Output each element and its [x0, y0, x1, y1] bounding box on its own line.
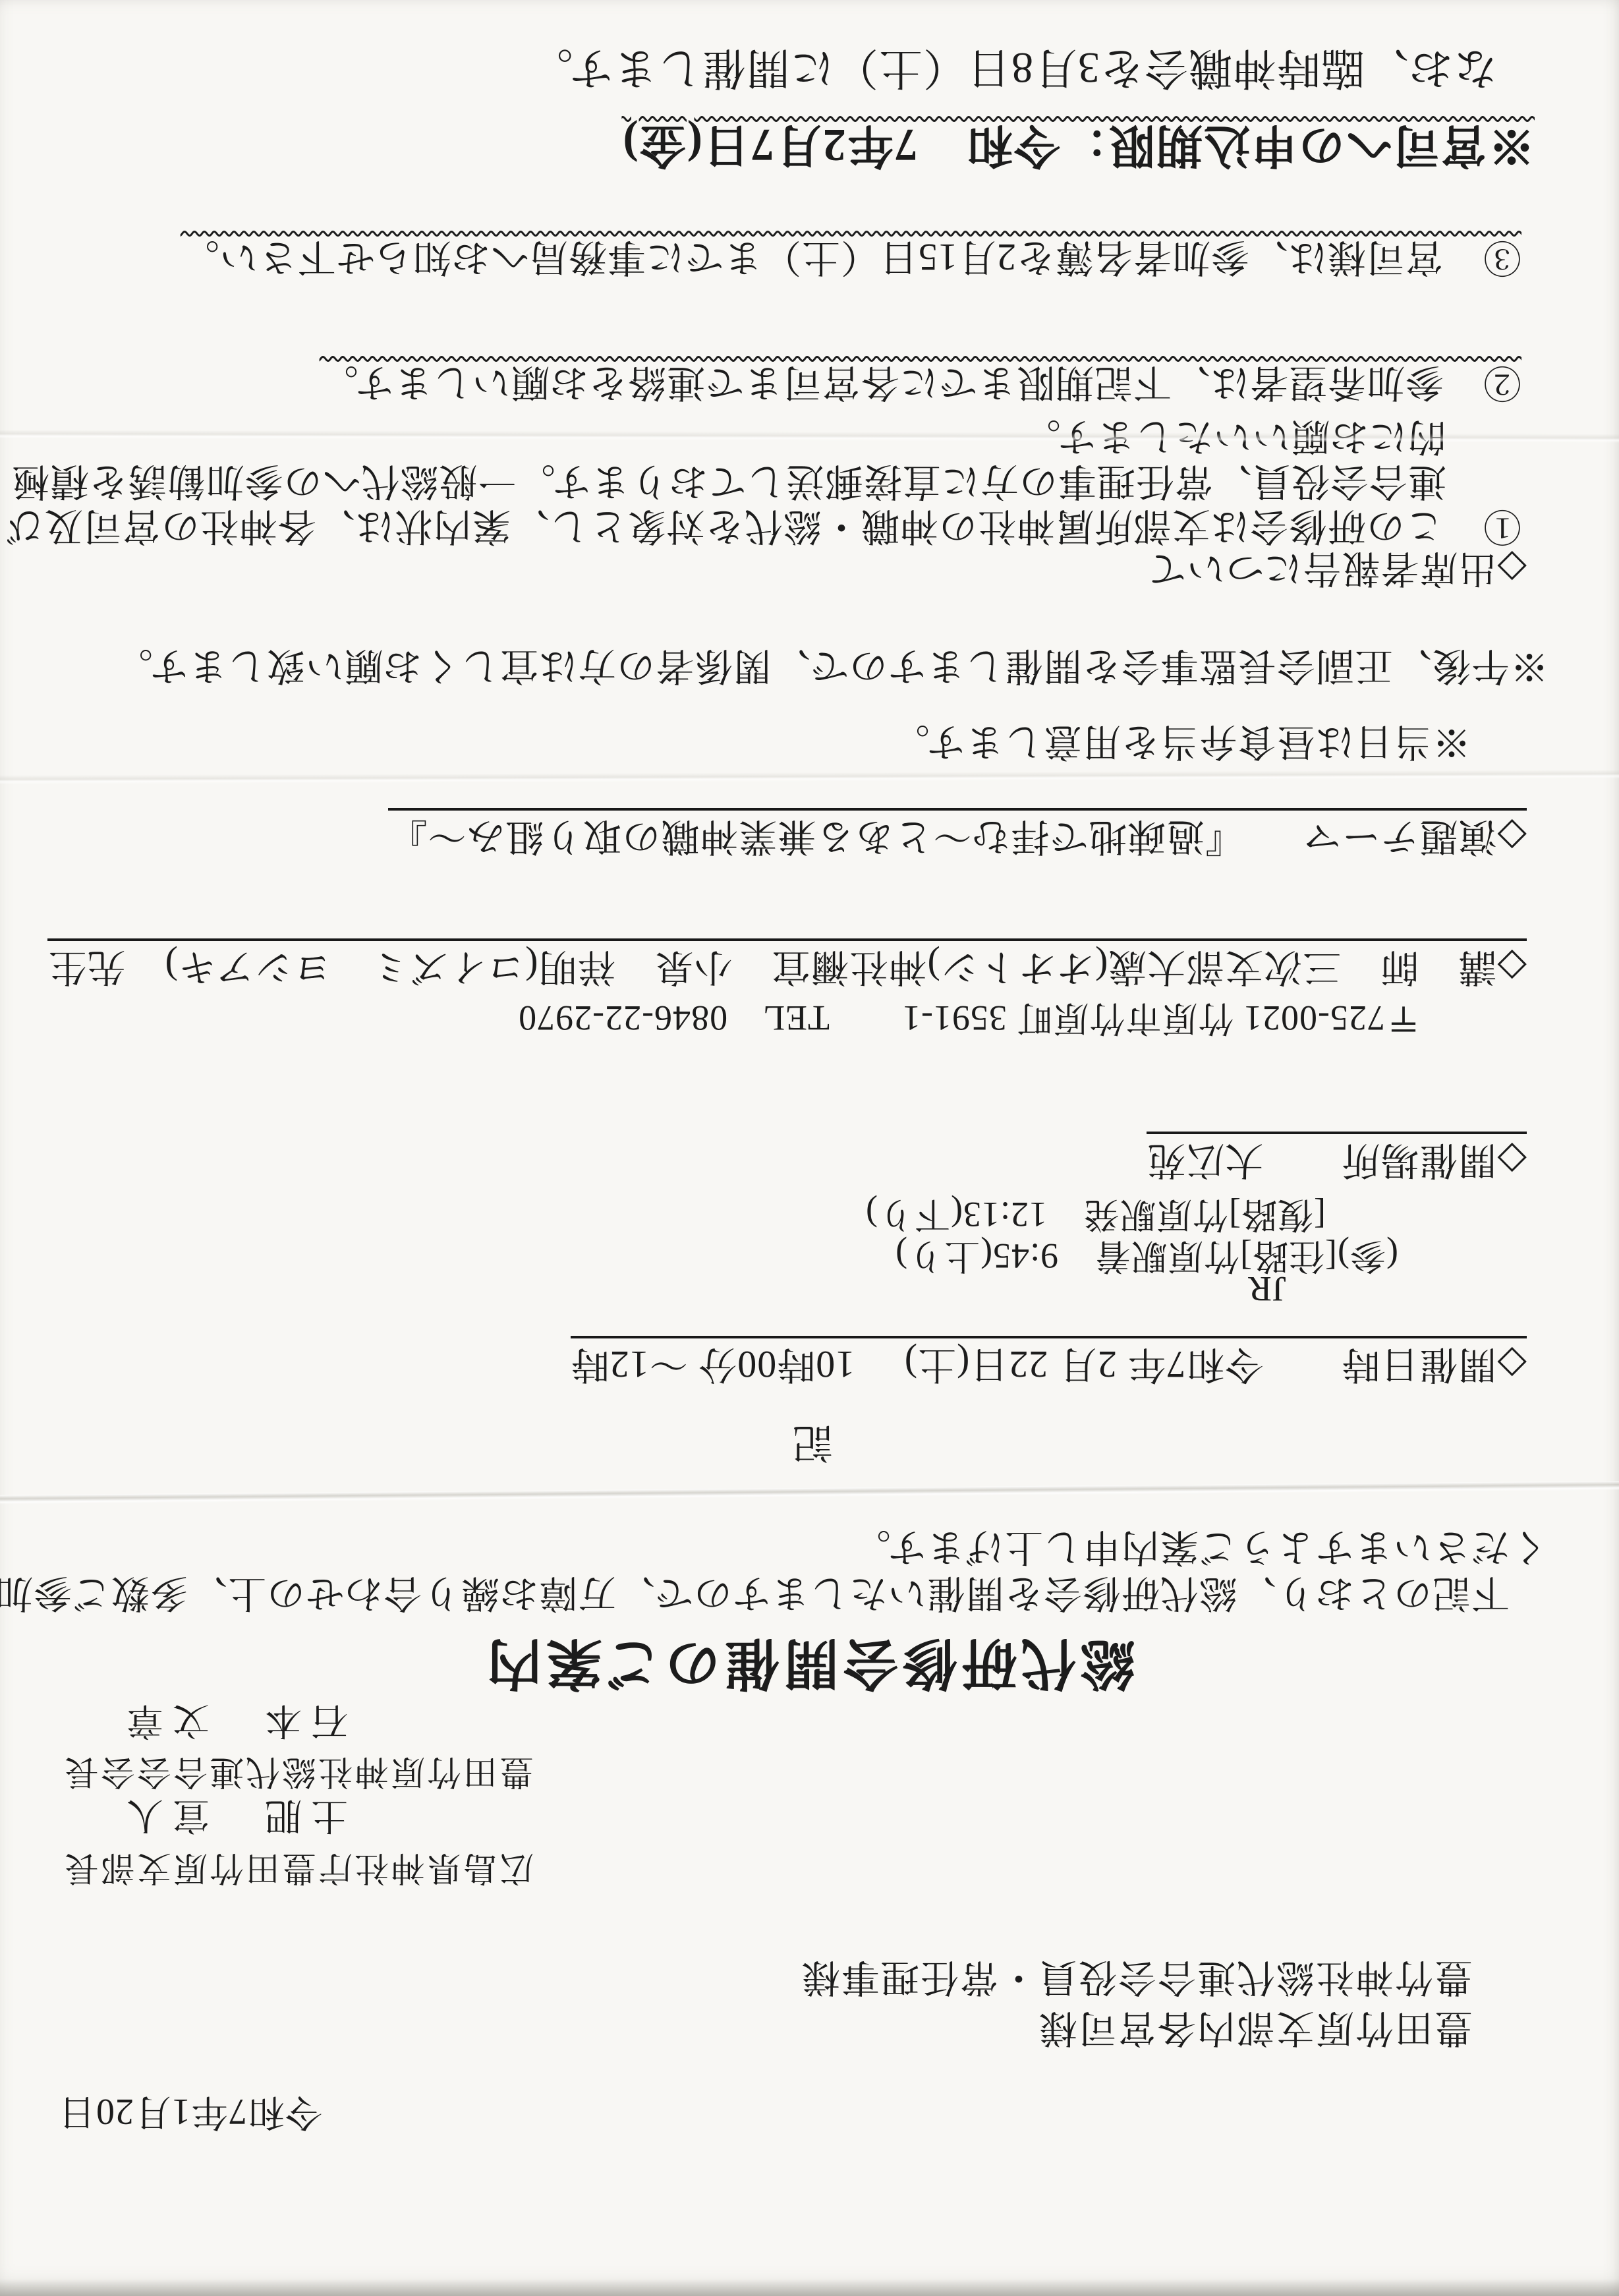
intro-line-2: くださいますようご案内申し上げます。 — [852, 1526, 1548, 1568]
meeting-datetime-text: ◇開催日時 令和7年 2月 22日(土) 10時00分 〜12時 — [571, 1336, 1527, 1386]
attendance-item-3: ③ 宮司様は、参加者名簿を2月15日（土）までに事務局へお知らせ下さい。 — [181, 236, 1521, 278]
attendance-item-2-text: ② 参加希望者は、下記期限までに各宮司まで連絡をお願いします。 — [320, 361, 1521, 404]
afternoon-note-line: ※午後、正副会長監事会を開催しますので、関係者の方は宜しくお願い致します。 — [114, 645, 1548, 687]
application-deadline-line: ※宮司への申込期限：令和 7年2月7日(金) — [621, 119, 1535, 170]
record-heading: 記 — [0, 1420, 1619, 1464]
lecturer-text: ◇講 師 三次支部大歳(オオトシ)神社禰宜 小泉 祥明(コイズミ ヨシアキ) 先… — [48, 938, 1527, 989]
sender-name-1: 土肥 宣人 — [117, 1794, 348, 1835]
issued-date: 令和7年1月20日 — [58, 2090, 322, 2131]
postscript-line: なお、臨時神職会を3月8日（土）に開催します。 — [528, 43, 1497, 91]
train-outbound-line: (参)[往路]竹原駅着 9:45(上り) — [895, 1236, 1398, 1275]
application-deadline-text: ※宮司への申込期限：令和 7年2月7日(金) — [621, 119, 1535, 170]
page-title: 総代研修会開催のご案内 — [0, 1632, 1619, 1692]
scanned-letter-page: 令和7年1月20日 豊田竹原支部内各宮司様 豊竹神社総代連合会役員・常任理事様 … — [0, 0, 1619, 2296]
recipient-line-1: 豊田竹原支部内各宮司様 — [1038, 2007, 1473, 2049]
letter-content: 令和7年1月20日 豊田竹原支部内各宮司様 豊竹神社総代連合会役員・常任理事様 … — [0, 0, 1619, 2296]
meeting-datetime-line: ◇開催日時 令和7年 2月 22日(土) 10時00分 〜12時 — [571, 1343, 1527, 1385]
attendance-report-heading: ◇出席者報告について — [1148, 547, 1527, 589]
theme-line: ◇演題テーマ 『過疎地で拝む〜とある兼業神職の取り組み〜』 — [388, 815, 1527, 857]
train-return-line: [復路]竹原駅発 12:13(下り) — [865, 1195, 1326, 1234]
lunch-note-line: ※当日は昼食弁当を用意します。 — [891, 720, 1471, 762]
attendance-item-1-line-2: 連合会役員、常任理事の方に直接郵送しております。一般総代への参加勧誘を積極 — [11, 460, 1446, 502]
sender-role-1: 広島県神社庁豊田竹原支部長 — [63, 1849, 534, 1886]
theme-text: ◇演題テーマ 『過疎地で拝む〜とある兼業神職の取り組み〜』 — [388, 808, 1527, 858]
recipient-line-2: 豊竹神社総代連合会役員・常任理事様 — [801, 1956, 1473, 1998]
venue-line: ◇開催場所 大広苑 — [1147, 1139, 1527, 1181]
attendance-item-3-text: ③ 宮司様は、参加者名簿を2月15日（土）までに事務局へお知らせ下さい。 — [181, 236, 1521, 279]
lecturer-line: ◇講 師 三次支部大歳(オオトシ)神社禰宜 小泉 祥明(コイズミ ヨシアキ) 先… — [48, 946, 1527, 988]
sender-name-2: 石本 文章 — [117, 1699, 348, 1740]
attendance-item-1-line-3: 的にお願いいたします。 — [1022, 415, 1446, 457]
sender-role-2: 豊田竹原神社総代連合会会長 — [63, 1752, 534, 1790]
venue-address-line: 〒725-0021 竹原市竹原町 3591-1 TEL 0846-22-2970 — [518, 998, 1421, 1037]
venue-text: ◇開催場所 大広苑 — [1147, 1132, 1527, 1182]
intro-line-1: 下記のとおり、総代研修会を開催いたしますので、万障お繰り合わせの上、多数ご参加 — [0, 1572, 1548, 1614]
attendance-item-2: ② 参加希望者は、下記期限までに各宮司まで連絡をお願いします。 — [320, 361, 1521, 403]
attendance-item-1-line-1: ① この研修会は支部所属神社の神職・総代を対象とし、案内状は、各神社の宮司及び — [5, 505, 1521, 547]
